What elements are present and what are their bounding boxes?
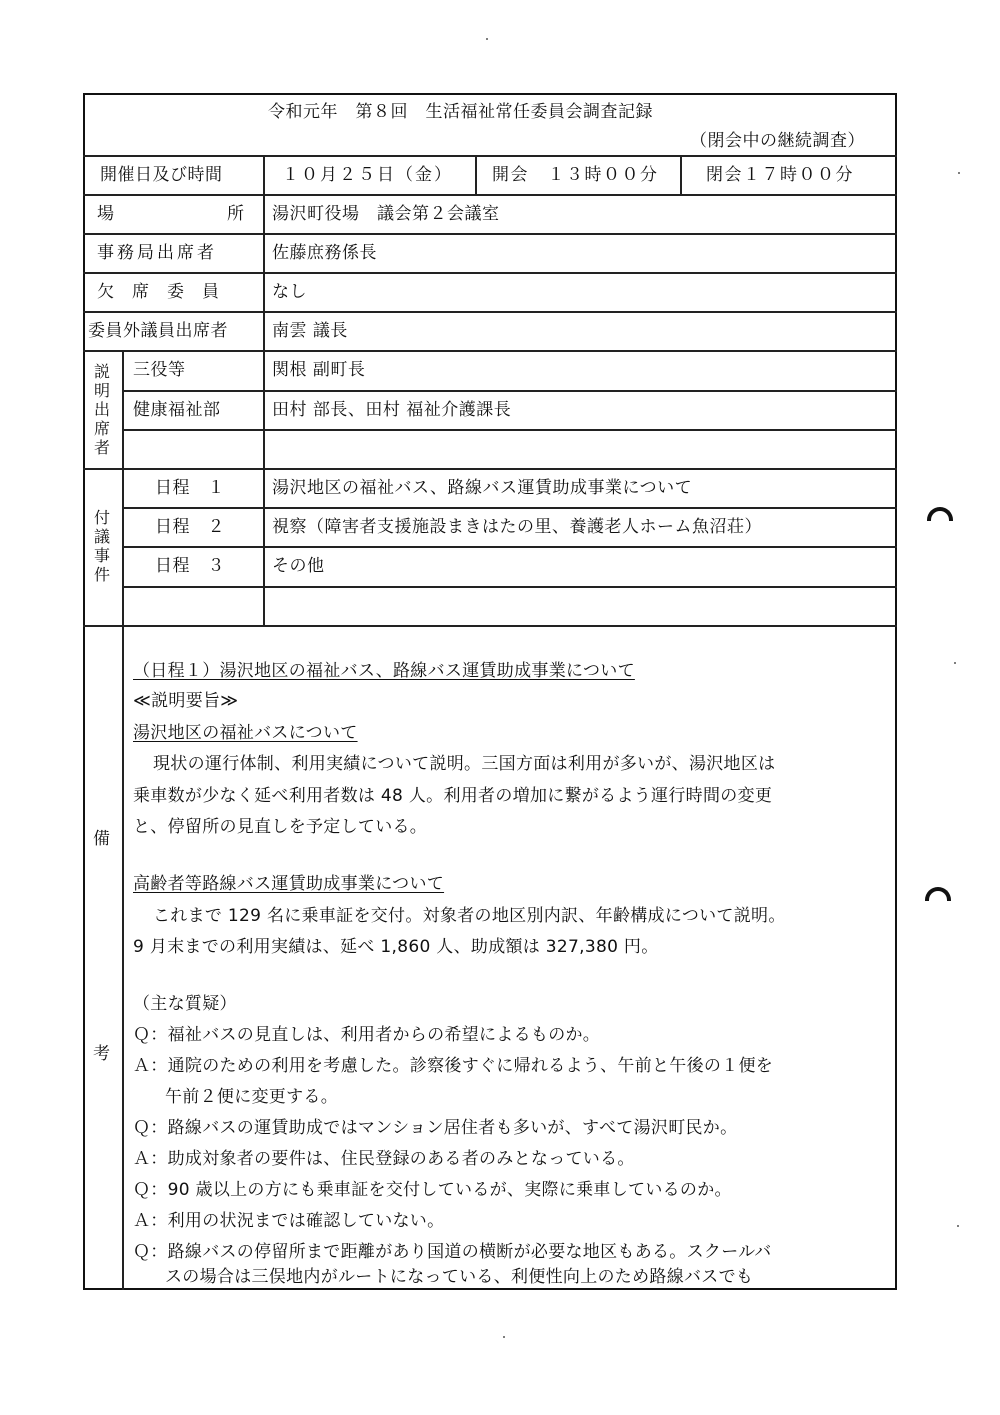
body-text: これまで 129 名に乗車証を交付。対象者の地区別内訳、年齢構成について説明。 — [153, 905, 786, 927]
qa-line: Ａ：利用の状況までは確認していない。 — [133, 1210, 444, 1232]
row-divider — [83, 311, 897, 313]
meeting-date: １０月２５日（金） — [282, 164, 453, 186]
qa-line: 午前２便に変更する。 — [165, 1086, 338, 1108]
scan-speck — [503, 1336, 505, 1338]
qa-line: Ｑ：路線バスの停留所まで距離があり国道の横断が必要な地区もある。スクールバ — [133, 1241, 772, 1263]
document-subtitle: （閉会中の継続調査） — [690, 130, 865, 152]
row-divider — [122, 390, 897, 392]
row-divider — [83, 350, 897, 352]
body-text: 現状の運行体制、利用実績について説明。三国方面は利用が多いが、湯沢地区は — [153, 753, 775, 775]
place-label-left: 場 — [97, 203, 115, 225]
scan-speck — [958, 172, 960, 174]
qa-line: Ｑ：路線バスの運賃助成ではマンション居住者も多いが、すべて湯沢町民か。 — [133, 1117, 737, 1139]
row-divider — [83, 194, 897, 196]
agenda-no: 日程 ２ — [155, 516, 225, 538]
agenda-no: 日程 ３ — [155, 555, 225, 577]
body-text: 乗車数が少なく延べ利用者数は 48 人。利用者の増加に繋がるよう運行時間の変更 — [133, 785, 772, 807]
qa-label: （主な質疑） — [133, 993, 237, 1015]
explainer-dept: 健康福祉部 — [133, 399, 221, 421]
non-member-value: 南雲 議長 — [272, 320, 348, 342]
row-divider — [122, 586, 897, 588]
agenda-subject: その他 — [272, 555, 325, 577]
place-label-right: 所 — [227, 203, 245, 225]
explainer-names: 田村 部長、田村 福祉介護課長 — [272, 399, 511, 421]
remarks-label-bottom: 考 — [93, 1043, 111, 1065]
remarks-heading: （日程１）湯沢地区の福祉バス、路線バス運賃助成事業について — [133, 660, 653, 682]
scan-speck — [957, 1225, 959, 1227]
row-divider — [122, 429, 897, 431]
row-divider — [83, 468, 897, 470]
row-divider — [83, 625, 897, 627]
non-member-label: 委員外議員出席者 — [88, 320, 228, 342]
agenda-no: 日程 １ — [155, 477, 225, 499]
scan-speck — [954, 662, 956, 664]
column-divider — [122, 350, 124, 1290]
row-divider — [83, 233, 897, 235]
column-divider — [263, 155, 265, 625]
summary-label: ≪説明要旨≫ — [133, 690, 238, 712]
qa-line: Ａ：助成対象者の要件は、住民登録のある者のみとなっている。 — [133, 1148, 635, 1170]
absent-value: なし — [272, 281, 307, 303]
secretariat-label: 事務局出席者 — [97, 242, 217, 264]
remarks-label-top: 備 — [93, 828, 111, 850]
explainer-dept: 三役等 — [133, 359, 186, 381]
document-title: 令和元年 第８回 生活福祉常任委員会調査記録 — [268, 101, 653, 123]
explainers-section-label: 説明出席者 — [91, 362, 113, 457]
row-divider — [83, 155, 897, 157]
column-divider — [475, 155, 477, 194]
subsection-title: 湯沢地区の福祉バスについて — [133, 722, 358, 744]
agenda-subject: 湯沢地区の福祉バス、路線バス運賃助成事業について — [272, 477, 692, 499]
qa-line: Ｑ：90 歳以上の方にも乗車証を交付しているが、実際に乗車しているのか。 — [133, 1179, 732, 1201]
column-divider — [680, 155, 682, 194]
subsection-title: 高齢者等路線バス運賃助成事業について — [133, 873, 444, 895]
place-value: 湯沢町役場 議会第２会議室 — [272, 203, 500, 225]
agenda-subject: 視察（障害者支援施設まきはたの里、養護老人ホーム魚沼荘） — [272, 516, 762, 538]
absent-label: 欠 席 委 員 — [97, 281, 220, 303]
qa-line: スの場合は三俣地内がルートになっている、利便性向上のため路線バスでも — [165, 1266, 753, 1288]
close-time: 閉会１７時００分 — [706, 164, 854, 186]
explainer-names: 関根 副町長 — [272, 359, 365, 381]
scan-speck — [486, 38, 488, 40]
secretariat-value: 佐藤庶務係長 — [272, 242, 377, 264]
qa-line: Ａ：通院のための利用を考慮した。診察後すぐに帰れるよう、午前と午後の１便を — [133, 1055, 773, 1077]
binder-hole-mark-icon — [927, 507, 953, 521]
date-label: 開催日及び時間 — [100, 164, 223, 186]
row-divider — [122, 546, 897, 548]
body-text: 9 月末までの利用実績は、延べ 1,860 人、助成額は 327,380 円。 — [133, 936, 659, 958]
binder-hole-mark-icon — [925, 887, 951, 901]
open-time: 開会 １３時００分 — [492, 164, 659, 186]
agenda-section-label: 付議事件 — [91, 508, 113, 584]
row-divider — [122, 507, 897, 509]
qa-line: Ｑ：福祉バスの見直しは、利用者からの希望によるものか。 — [133, 1024, 600, 1046]
row-divider — [83, 272, 897, 274]
body-text: と、停留所の見直しを予定している。 — [133, 816, 427, 838]
